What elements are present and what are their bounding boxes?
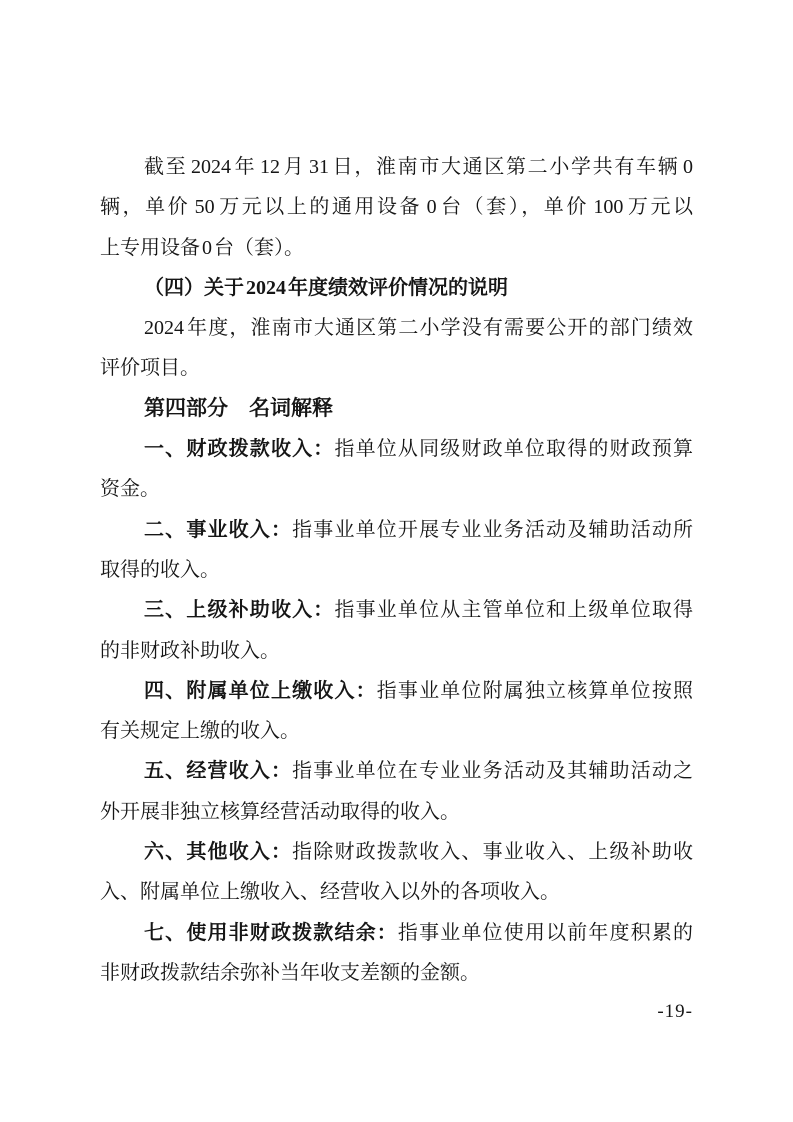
definition-5-term: 五、经营收入： <box>144 760 292 782</box>
definition-6-line-1: 六、其他收入：指除财政拨款收入、事业收入、上级补助收 <box>100 832 693 872</box>
heading-part-4-glossary: 第四部分 名词解释 <box>100 389 693 429</box>
paragraph-eval-line-1: 2024 年度，淮南市大通区第二小学没有需要公开的部门绩效 <box>100 308 693 348</box>
definition-1-line-2: 资金。 <box>100 469 693 509</box>
definition-2-text: 指事业单位开展专业业务活动及辅助活动所 <box>292 519 693 541</box>
paragraph-assets-line-1: 截至 2024 年 12 月 31 日，淮南市大通区第二小学共有车辆 0 <box>100 147 693 187</box>
definition-6-term: 六、其他收入： <box>144 841 292 863</box>
definition-6-line-2: 入、附属单位上缴收入、经营收入以外的各项收入。 <box>100 872 693 912</box>
paragraph-eval-line-2: 评价项目。 <box>100 348 693 388</box>
page-number: -19- <box>657 992 693 1032</box>
definition-5-line-1: 五、经营收入：指事业单位在专业业务活动及其辅助活动之 <box>100 751 693 791</box>
definition-1-line-1: 一、财政拨款收入：指单位从同级财政单位取得的财政预算 <box>100 429 693 469</box>
definition-2-line-2: 取得的收入。 <box>100 550 693 590</box>
definition-4-line-2: 有关规定上缴的收入。 <box>100 711 693 751</box>
definition-1-text: 指单位从同级财政单位取得的财政预算 <box>334 438 693 460</box>
definition-2-term: 二、事业收入： <box>144 519 292 541</box>
definition-3-text: 指事业单位从主管单位和上级单位取得 <box>334 599 693 621</box>
definition-7-text: 指事业单位使用以前年度积累的 <box>398 922 693 944</box>
definition-7-line-2: 非财政拨款结余弥补当年收支差额的金额。 <box>100 953 693 993</box>
definition-5-text: 指事业单位在专业业务活动及其辅助活动之 <box>292 760 693 782</box>
definition-7-term: 七、使用非财政拨款结余： <box>144 922 398 944</box>
definition-3-line-2: 的非财政补助收入。 <box>100 631 693 671</box>
paragraph-assets-line-3: 上专用设备 0 台（套）。 <box>100 228 693 268</box>
definition-5-line-2: 外开展非独立核算经营活动取得的收入。 <box>100 792 693 832</box>
definition-2-line-1: 二、事业收入：指事业单位开展专业业务活动及辅助活动所 <box>100 510 693 550</box>
definition-4-term: 四、附属单位上缴收入： <box>144 680 377 702</box>
definition-4-line-1: 四、附属单位上缴收入：指事业单位附属独立核算单位按照 <box>100 671 693 711</box>
definition-3-term: 三、上级补助收入： <box>144 599 334 621</box>
definition-4-text: 指事业单位附属独立核算单位按照 <box>377 680 693 702</box>
heading-section-4-eval: （四）关于 2024 年度绩效评价情况的说明 <box>100 268 693 308</box>
definition-6-text: 指除财政拨款收入、事业收入、上级补助收 <box>292 841 693 863</box>
paragraph-assets-line-2: 辆，单价 50 万元以上的通用设备 0 台（套），单价 100 万元以 <box>100 187 693 227</box>
definition-3-line-1: 三、上级补助收入：指事业单位从主管单位和上级单位取得 <box>100 590 693 630</box>
definition-7-line-1: 七、使用非财政拨款结余：指事业单位使用以前年度积累的 <box>100 913 693 953</box>
definition-1-term: 一、财政拨款收入： <box>144 438 334 460</box>
document-page: 截至 2024 年 12 月 31 日，淮南市大通区第二小学共有车辆 0 辆，单… <box>0 0 793 1122</box>
